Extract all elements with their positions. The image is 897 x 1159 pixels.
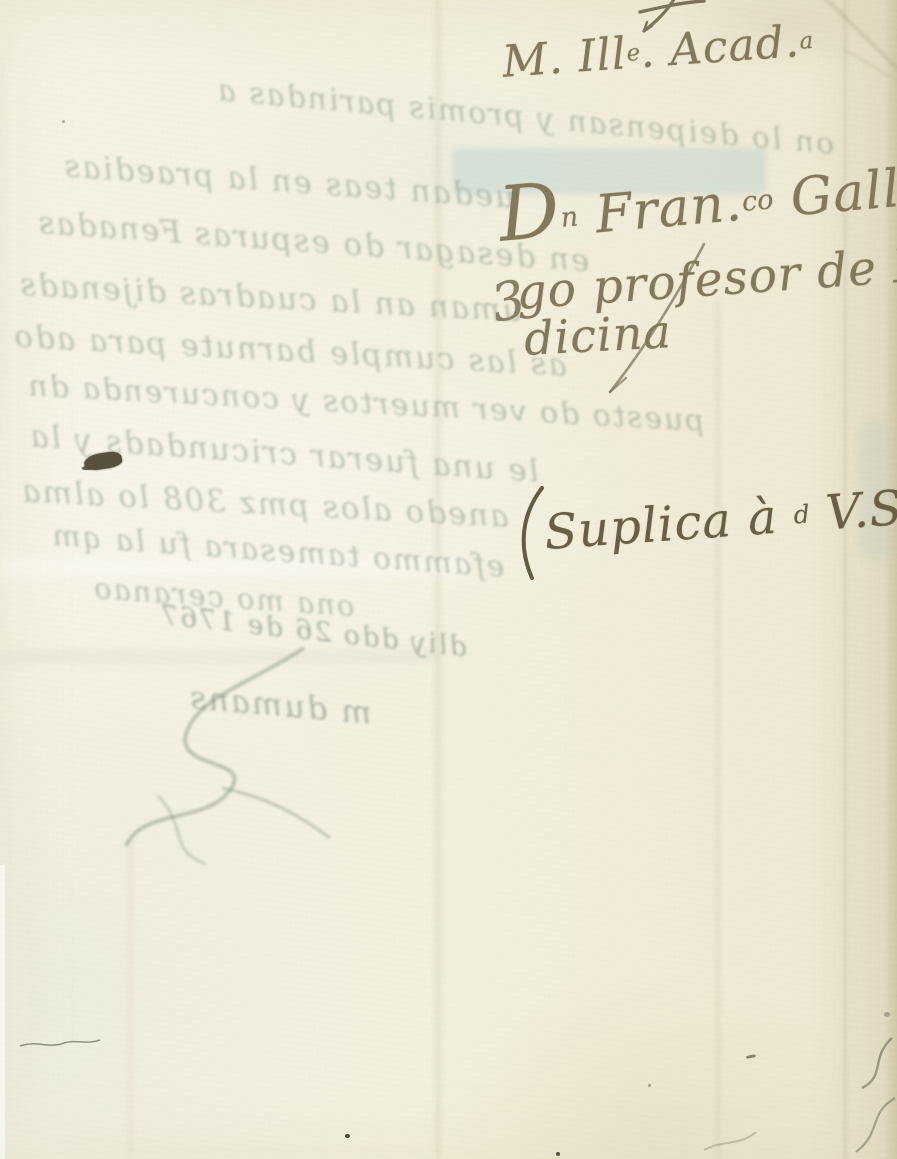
ink-speck [746, 1054, 756, 1059]
ink-speck [556, 1152, 560, 1156]
bleedthrough-flourish [98, 636, 348, 871]
manuscript-page: on lo deipensan y promis parindas a ueda… [0, 0, 897, 1159]
bleedthrough-line: uedan teas en la praedias [61, 148, 516, 216]
addressee-don: D [495, 166, 564, 259]
petition-word: Suplica à [543, 489, 780, 561]
heading-part1: M. Ill [501, 28, 629, 88]
petition-tail: V.S. [808, 479, 897, 542]
edge-scribble [700, 1120, 760, 1159]
ink-speck [345, 1134, 350, 1138]
fold-crease [128, 840, 134, 1159]
edge-scribble [850, 1030, 897, 1159]
corner-crease [842, 48, 897, 95]
pen-stroke [600, 240, 710, 400]
addressee-surname: Galle [771, 156, 897, 230]
corner-crease [802, 0, 897, 103]
ink-speck [648, 1084, 651, 1087]
ink-speck [884, 1012, 890, 1017]
ink-speck [62, 120, 65, 123]
heading-part2: . Acad. [638, 16, 801, 78]
addressee-firstname-superscript: co [741, 184, 775, 218]
flourish-stroke [514, 484, 548, 584]
bleedthrough-line: uman an la cuadras dijenads [17, 267, 523, 329]
edge-crack [18, 1032, 104, 1054]
petition-line: Suplica à d V.S. [543, 479, 897, 561]
fold-crease [714, 300, 722, 1159]
addressee-firstname: Fran. [576, 173, 745, 247]
heading-superscript-a: a [799, 28, 814, 55]
heading-academy-abbreviation: M. Ille. Acad.a [501, 15, 815, 88]
scan-edge [0, 865, 5, 1159]
